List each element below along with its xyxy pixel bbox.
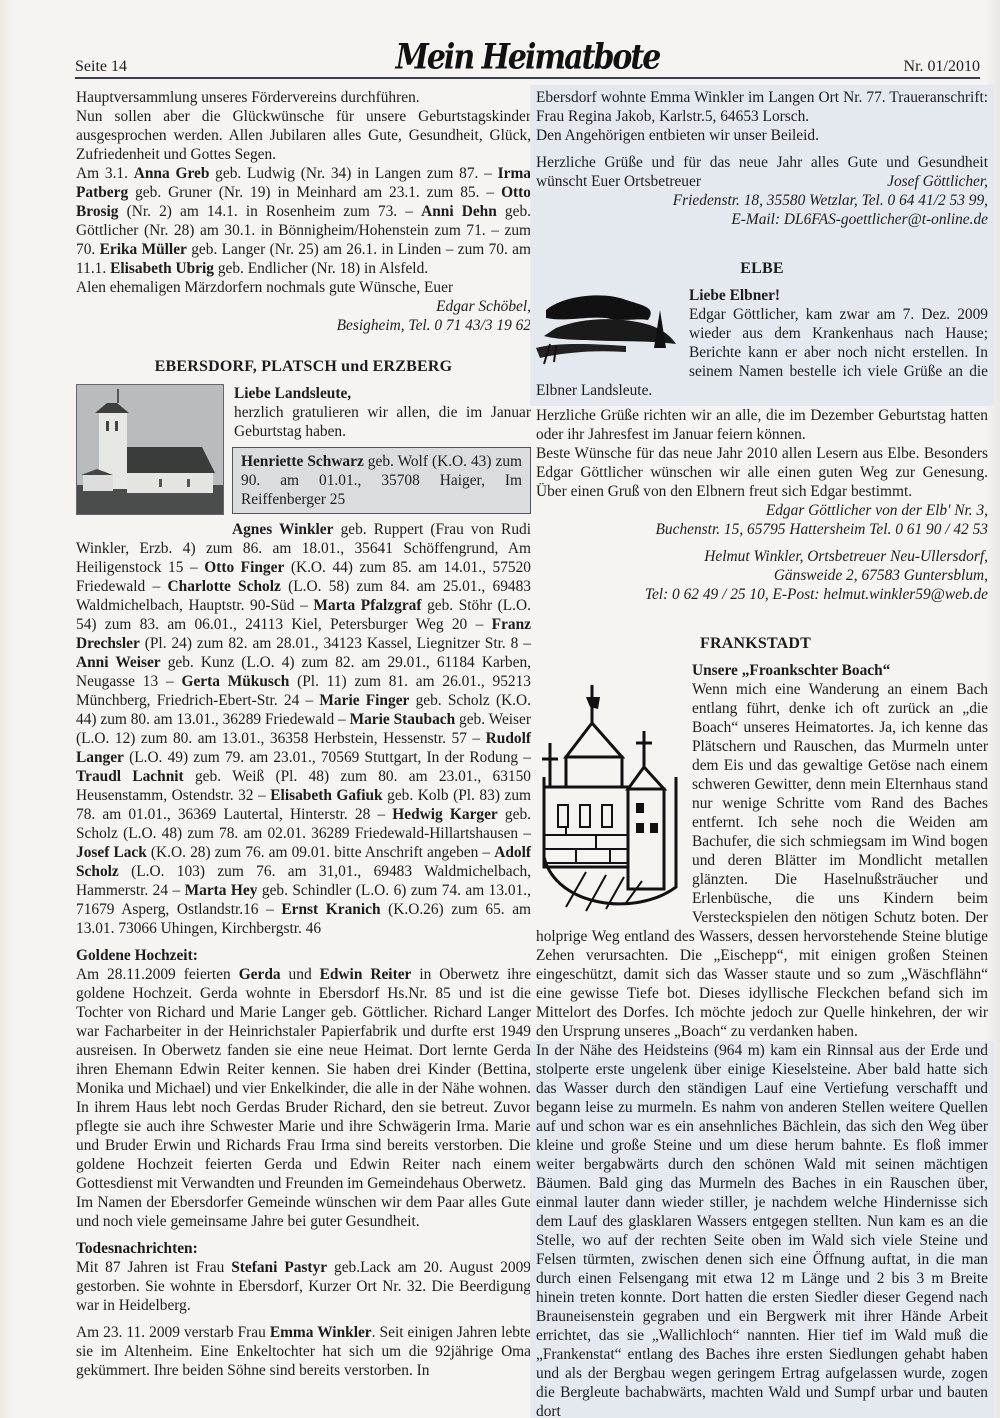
condolence-text: Den Angehörigen entbieten wir unser Beil… [536, 126, 988, 145]
signature-address-goettlicher: Friedenstr. 18, 35580 Wetzlar, Tel. 0 64… [536, 191, 988, 210]
page-header: Seite 14 Mein Heimatbote Nr. 01/2010 [75, 46, 980, 78]
right-column: Ebersdorf wohnte Emma Winkler im Langen … [536, 88, 988, 1418]
elbe-signature-address: Buchenstr. 15, 65795 Hattersheim Tel. 0 … [536, 520, 988, 539]
castle-coat-of-arms [536, 667, 684, 919]
death-notice-continued: Ebersdorf wohnte Emma Winkler im Langen … [536, 88, 988, 126]
new-year-greetings: Herzliche Grüße und für das neue Jahr al… [536, 153, 988, 191]
newsletter-page: Seite 14 Mein Heimatbote Nr. 01/2010 Hau… [0, 0, 1000, 1418]
highlighted-birthday-box: Henriette Schwarz geb. Wolf (K.O. 43) zu… [232, 447, 531, 514]
golden-wedding-text: Am 28.11.2009 feierten Gerda und Edwin R… [76, 965, 531, 1193]
birthday-list-ebersdorf: Agnes Winkler geb. Ruppert (Frau von Rud… [76, 520, 531, 938]
landscape-sketch [536, 288, 681, 366]
masthead-logo: Mein Heimatbote [396, 37, 660, 77]
frankstadt-paragraph-2: In der Nähe des Heidsteins (964 m) kam e… [536, 1041, 988, 1418]
death-notice-winkler: Am 23. 11. 2009 verstarb Frau Emma Winkl… [76, 1323, 531, 1380]
section-title-ebersdorf: EBERSDORF, PLATSCH und ERZBERG [76, 357, 531, 376]
golden-wedding-wish: Im Namen der Ebersdorfer Gemeinde wünsch… [76, 1193, 531, 1231]
death-notice-pastyr: Mit 87 Jahren ist Frau Stefani Pastyr ge… [76, 1258, 531, 1315]
deaths-heading: Todesnachrichten: [76, 1239, 531, 1258]
church-photo [76, 384, 224, 515]
closing-text: Alen ehemaligen Märzdorfern nochmals gut… [76, 278, 531, 297]
page-number: Seite 14 [75, 58, 127, 76]
birthday-list-maerzdorf: Am 3.1. Anna Greb geb. Ludwig (Nr. 34) i… [76, 164, 531, 278]
section-title-frankstadt: FRANKSTADT [536, 634, 988, 653]
shaded-block-bottom: In der Nähe des Heidsteins (964 m) kam e… [530, 1041, 994, 1418]
helmut-signature-line3: Tel: 0 62 49 / 25 10, E-Post: helmut.win… [536, 585, 988, 604]
elbe-signature-name: Edgar Göttlicher von der Elb' Nr. 3, [536, 501, 988, 520]
header-rule [75, 77, 980, 79]
helmut-signature-line1: Helmut Winkler, Ortsbetreuer Neu-Ullersd… [536, 547, 988, 566]
elbe-paragraph-3: Beste Wünsche für das neue Jahr 2010 all… [536, 444, 988, 501]
signature-email-goettlicher: E-Mail: DL6FAS-goettlicher@t-online.de [536, 210, 988, 229]
shaded-block-top: Ebersdorf wohnte Emma Winkler im Langen … [530, 85, 994, 406]
section-title-elbe: ELBE [536, 259, 988, 278]
intro-line: Hauptversammlung unseres Fördervereins d… [76, 88, 531, 107]
left-column: Hauptversammlung unseres Fördervereins d… [76, 88, 531, 1380]
intro-text: Nun sollen aber die Glückwünsche für uns… [76, 107, 531, 164]
signature-name: Edgar Schöbel, [76, 297, 531, 316]
signature-address: Besigheim, Tel. 0 71 43/3 19 62 [76, 316, 531, 335]
helmut-signature-line2: Gänsweide 2, 67583 Guntersblum, [536, 566, 988, 585]
elbe-paragraph-2: Herzliche Grüße richten wir an alle, die… [536, 406, 988, 444]
issue-number: Nr. 01/2010 [904, 58, 980, 76]
golden-wedding-heading: Goldene Hochzeit: [76, 946, 531, 965]
